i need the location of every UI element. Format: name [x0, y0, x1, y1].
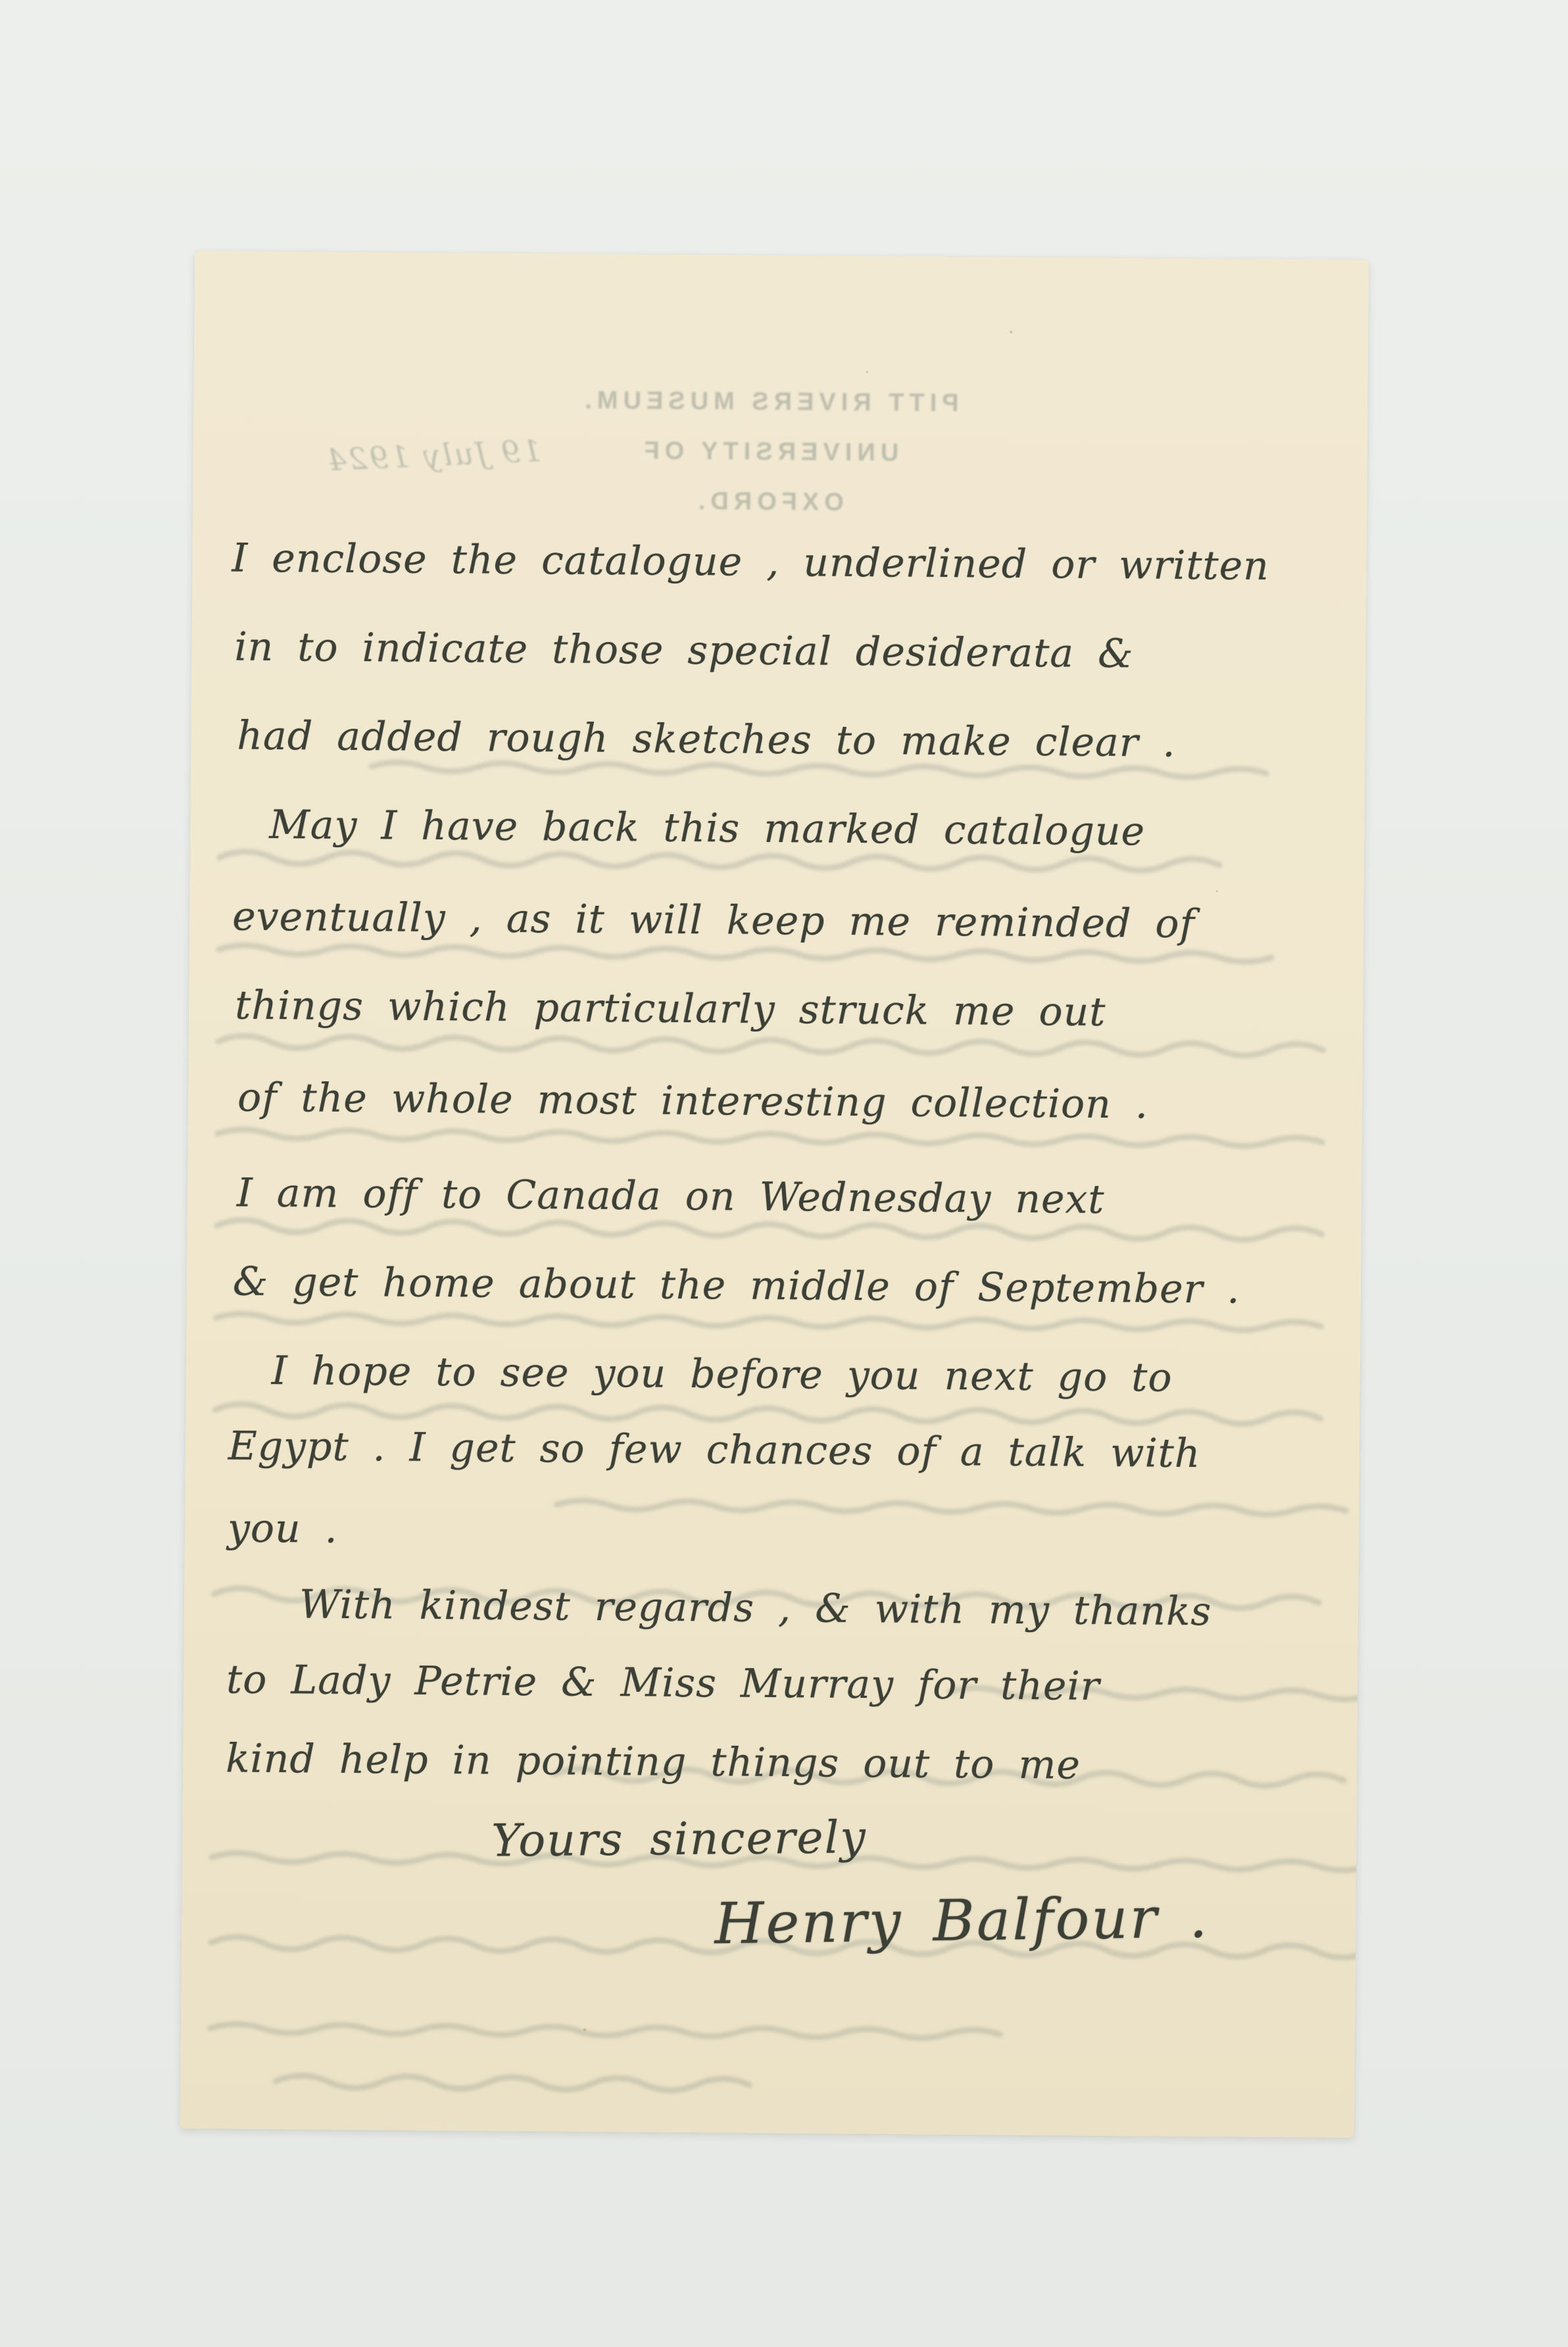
ghost-stroke: [219, 945, 1271, 962]
paper-speck: [866, 371, 868, 373]
ghost-stroke: [220, 851, 1219, 871]
letterhead-line-2: UNIVERSITY OF: [558, 425, 980, 478]
scan-background: PITT RIVERS MUSEUM. UNIVERSITY OF OXFORD…: [0, 0, 1568, 2347]
ghost-stroke: [556, 1500, 1346, 1515]
paper-speck: [1216, 890, 1218, 892]
ghost-stroke: [217, 1220, 1322, 1240]
letter-line: things which particularly struck me out: [235, 983, 1106, 1035]
letter-line: to Lady Petrie & Miss Murray for their: [226, 1656, 1100, 1709]
paper-speck: [515, 1206, 517, 1208]
letter-line: in to indicate those special desiderata …: [234, 624, 1134, 678]
ghost-stroke: [216, 1314, 1321, 1331]
letter-line: With kindest regards , & with my thanks: [299, 1581, 1212, 1635]
letter-line: I am off to Canada on Wednesday next: [237, 1170, 1105, 1223]
ghost-stroke: [218, 1129, 1323, 1147]
letter-line: had added rough sketches to make clear .: [237, 713, 1176, 766]
letterhead-show-through: PITT RIVERS MUSEUM. UNIVERSITY OF OXFORD…: [558, 375, 980, 528]
letterhead-line-1: PITT RIVERS MUSEUM.: [558, 375, 980, 428]
letter-line: kind help in pointing things out to me: [226, 1735, 1081, 1788]
letter-signature: Henry Balfour .: [714, 1885, 1210, 1957]
letter-line: I enclose the catalogue , underlined or …: [232, 535, 1269, 589]
letter-paper: PITT RIVERS MUSEUM. UNIVERSITY OF OXFORD…: [180, 251, 1369, 2138]
date-show-through: 19 July 1924: [232, 433, 543, 482]
ghost-stroke: [215, 1404, 1320, 1424]
letter-line: & get home about the middle of September…: [233, 1259, 1240, 1313]
letterhead-line-3: OXFORD.: [558, 475, 979, 528]
letter-line: May I have back this marked catalogue: [269, 802, 1145, 854]
letter-closing: Yours sincerely: [491, 1812, 867, 1867]
ghost-stroke: [218, 1035, 1323, 1056]
paper-speck: [583, 2029, 586, 2031]
ghost-stroke: [210, 2024, 1000, 2038]
ghost-stroke: [276, 2075, 749, 2091]
paper-speck: [1010, 331, 1012, 334]
letter-line: eventually , as it will keep me reminded…: [232, 894, 1195, 947]
letter-line: Egypt . I get so few chances of a talk w…: [228, 1423, 1201, 1477]
letter-line: I hope to see you before you next go to: [272, 1348, 1173, 1401]
letter-line: you .: [228, 1505, 338, 1552]
letter-line: of the whole most interesting collection…: [237, 1075, 1148, 1128]
